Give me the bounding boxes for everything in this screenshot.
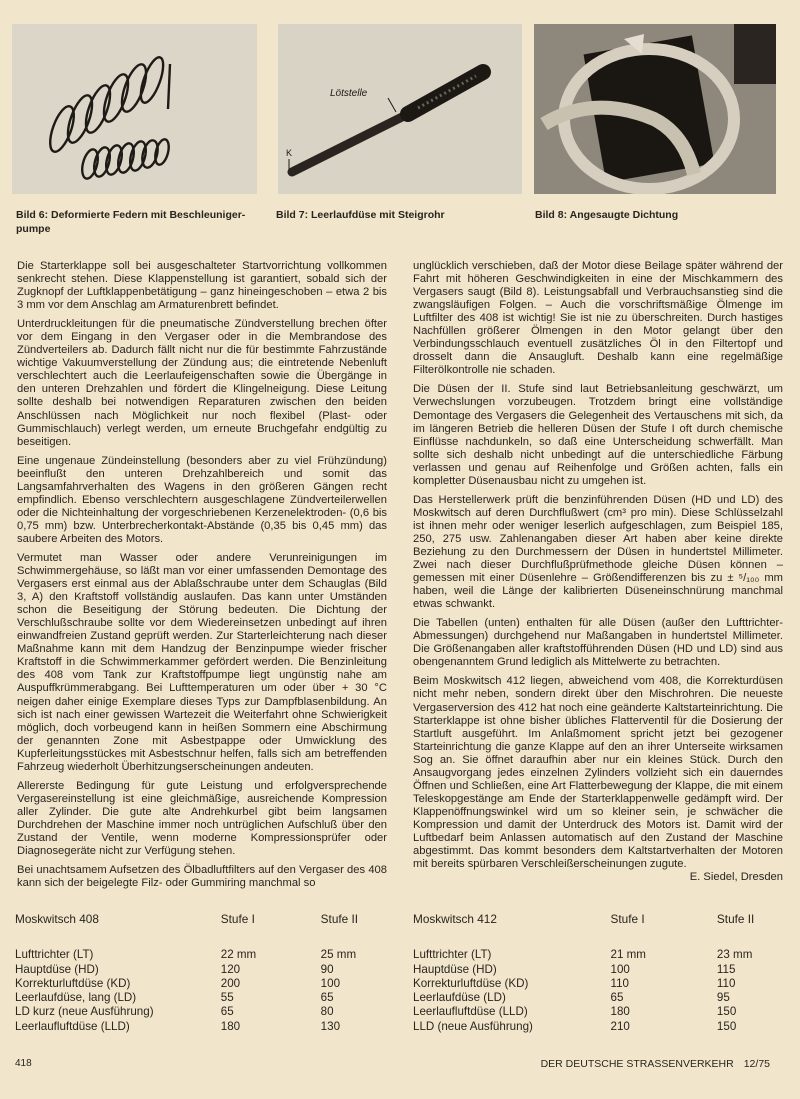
- left-text-column: Die Starterklappe soll bei ausgeschaltet…: [17, 260, 387, 896]
- jet-name-cell: LD kurz (neue Ausführung): [15, 1005, 199, 1019]
- jet-table-moskwitsch-408: Moskwitsch 408 Stufe I Stufe II Lufttric…: [15, 912, 385, 1034]
- figure-caption-bild8: Bild 8: Angesaugte Dichtung: [535, 208, 785, 222]
- journal-footer: DER DEUTSCHE STRASSENVERKEHR12/75: [531, 1058, 770, 1070]
- jet-value-cell: 55: [199, 991, 313, 1005]
- paragraph: Die Starterklappe soll bei ausgeschaltet…: [17, 260, 387, 312]
- table-row: Leerlaufluftdüse (LLD)180150: [413, 1005, 783, 1019]
- jet-name-cell: Hauptdüse (HD): [15, 963, 199, 977]
- paragraph: Die Düsen der II. Stufe sind laut Betrie…: [413, 383, 783, 487]
- author-signature: E. Siedel, Dresden: [413, 871, 783, 884]
- jet-value-cell: 180: [199, 1020, 313, 1034]
- jet-name-cell: Hauptdüse (HD): [413, 963, 607, 977]
- paragraph: Unterdruckleitungen für die pneumatische…: [17, 318, 387, 448]
- jet-value-cell: 22 mm: [199, 948, 313, 962]
- jet-value-cell: 100: [313, 977, 385, 991]
- figure-caption-bild6: Bild 6: Deformierte Federn mit Beschleun…: [16, 208, 271, 236]
- paragraph: Eine ungenaue Zündeinstellung (besonders…: [17, 455, 387, 546]
- column-header: Stufe I: [199, 912, 313, 926]
- jet-value-cell: 180: [607, 1005, 705, 1019]
- column-header: Stufe II: [313, 912, 385, 926]
- seal-ring-icon: [534, 24, 776, 194]
- table-header: Moskwitsch 408 Stufe I Stufe II: [15, 912, 385, 926]
- jet-name-cell: Lufttrichter (LT): [413, 948, 607, 962]
- springs-photo: [12, 24, 257, 194]
- table-row: Lufttrichter (LT)22 mm25 mm: [15, 948, 385, 962]
- paragraph: Allererste Bedingung für gute Leistung u…: [17, 780, 387, 858]
- jet-name-cell: Korrekturluftdüse (KD): [15, 977, 199, 991]
- table-row: Lufttrichter (LT)21 mm23 mm: [413, 948, 783, 962]
- table-row: Hauptdüse (HD)12090: [15, 963, 385, 977]
- journal-name: DER DEUTSCHE STRASSENVERKEHR: [541, 1058, 734, 1070]
- column-header: Stufe I: [607, 912, 705, 926]
- table-row: Leerlaufluftdüse (LLD)180130: [15, 1020, 385, 1034]
- page-number: 418: [15, 1058, 32, 1069]
- jet-value-cell: 110: [705, 977, 783, 991]
- jet-value-cell: 95: [705, 991, 783, 1005]
- table-row: Korrekturluftdüse (KD)110110: [413, 977, 783, 991]
- jet-value-cell: 130: [313, 1020, 385, 1034]
- table-row: Leerlaufdüse, lang (LD)5565: [15, 991, 385, 1005]
- paragraph: Das Herstellerwerk prüft die benzinführe…: [413, 494, 783, 611]
- jet-value-cell: 65: [199, 1005, 313, 1019]
- springs-icon: [12, 24, 257, 194]
- jet-value-cell: 210: [607, 1020, 705, 1034]
- table-row: LD kurz (neue Ausführung)6580: [15, 1005, 385, 1019]
- jet-value-cell: 200: [199, 977, 313, 991]
- jet-name-cell: LLD (neue Ausführung): [413, 1020, 607, 1034]
- jet-value-cell: 21 mm: [607, 948, 705, 962]
- jet-name-cell: Korrekturluftdüse (KD): [413, 977, 607, 991]
- jet-name-cell: Lufttrichter (LT): [15, 948, 199, 962]
- jet-value-cell: 120: [199, 963, 313, 977]
- svg-text:K: K: [286, 148, 292, 158]
- table-title: Moskwitsch 412: [413, 912, 607, 926]
- jet-value-cell: 25 mm: [313, 948, 385, 962]
- table-row: Korrekturluftdüse (KD)200100: [15, 977, 385, 991]
- paragraph: Bei unachtsamem Aufsetzen des Ölbadluftf…: [17, 864, 387, 890]
- jet-value-cell: 90: [313, 963, 385, 977]
- jet-name-cell: Leerlaufdüse, lang (LD): [15, 991, 199, 1005]
- jet-value-cell: 150: [705, 1005, 783, 1019]
- jet-value-cell: 115: [705, 963, 783, 977]
- jet-name-cell: Leerlaufdüse (LD): [413, 991, 607, 1005]
- table-row: LLD (neue Ausführung)210150: [413, 1020, 783, 1034]
- table-header: Moskwitsch 412 Stufe I Stufe II: [413, 912, 783, 926]
- carburetor-seal-photo: [534, 24, 776, 194]
- jet-value-cell: 23 mm: [705, 948, 783, 962]
- jet-value-cell: 150: [705, 1020, 783, 1034]
- table-row: Hauptdüse (HD)100115: [413, 963, 783, 977]
- paragraph: unglücklich verschieben, daß der Motor d…: [413, 260, 783, 377]
- paragraph: Beim Moskwitsch 412 liegen, abweichend v…: [413, 675, 783, 871]
- jet-value-cell: 65: [313, 991, 385, 1005]
- jet-value-cell: 80: [313, 1005, 385, 1019]
- table-row: Leerlaufdüse (LD)6595: [413, 991, 783, 1005]
- jet-name-cell: Leerlaufluftdüse (LLD): [413, 1005, 607, 1019]
- table-title: Moskwitsch 408: [15, 912, 199, 926]
- jet-name-cell: Leerlaufluftdüse (LLD): [15, 1020, 199, 1034]
- jet-value-cell: 65: [607, 991, 705, 1005]
- column-header: Stufe II: [705, 912, 783, 926]
- jet-tube-photo: Lötstelle K: [278, 24, 522, 194]
- jet-value-cell: 110: [607, 977, 705, 991]
- jet-table-moskwitsch-412: Moskwitsch 412 Stufe I Stufe II Lufttric…: [413, 912, 783, 1034]
- paragraph: Die Tabellen (unten) enthalten für alle …: [413, 617, 783, 669]
- idle-jet-icon: Lötstelle K: [278, 24, 522, 194]
- svg-text:Lötstelle: Lötstelle: [330, 88, 368, 99]
- paragraph: Vermutet man Wasser oder andere Verunrei…: [17, 552, 387, 774]
- jet-value-cell: 100: [607, 963, 705, 977]
- issue-number: 12/75: [744, 1058, 770, 1070]
- figure-caption-bild7: Bild 7: Leerlaufdüse mit Steigrohr: [276, 208, 526, 222]
- right-text-column: unglücklich verschieben, daß der Motor d…: [413, 260, 783, 890]
